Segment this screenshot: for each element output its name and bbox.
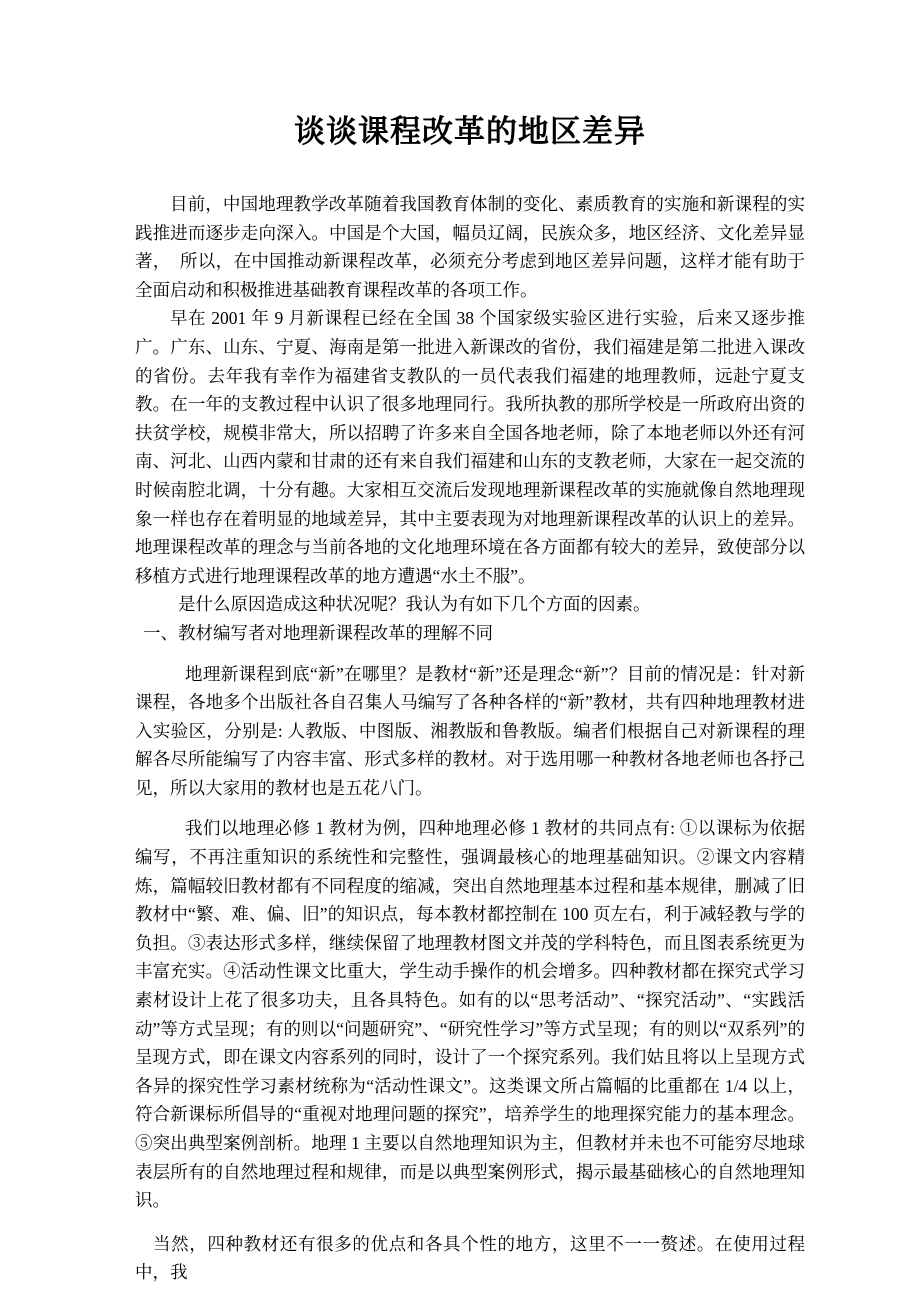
paragraph-question: 是什么原因造成这种状况呢？我认为有如下几个方面的因素。 — [135, 590, 805, 619]
paragraph-background: 早在 2001 年 9 月新课程已经在全国 38 个国家级实验区进行实验，后来又… — [135, 304, 805, 590]
section-heading-1: 一、教材编写者对地理新课程改革的理解不同 — [135, 619, 805, 648]
document-page: 谈谈课程改革的地区差异 目前，中国地理教学改革随着我国教育体制的变化、素质教育的… — [0, 0, 920, 1302]
paragraph-intro: 目前，中国地理教学改革随着我国教育体制的变化、素质教育的实施和新课程的实践推进而… — [135, 190, 805, 304]
paragraph-textbooks: 地理新课程到底“新”在哪里？是教材“新”还是理念“新”？目前的情况是：针对新课程… — [135, 660, 805, 803]
document-title: 谈谈课程改革的地区差异 — [135, 0, 805, 153]
paragraph-closing: 当然，四种教材还有很多的优点和各具个性的地方，这里不一一赘述。在使用过程中，我 — [135, 1230, 805, 1287]
paragraph-common-points: 我们以地理必修 1 教材为例，四种地理必修 1 教材的共同点有: ①以课标为依据… — [135, 814, 805, 1214]
document-content: 谈谈课程改革的地区差异 目前，中国地理教学改革随着我国教育体制的变化、素质教育的… — [135, 0, 805, 1287]
